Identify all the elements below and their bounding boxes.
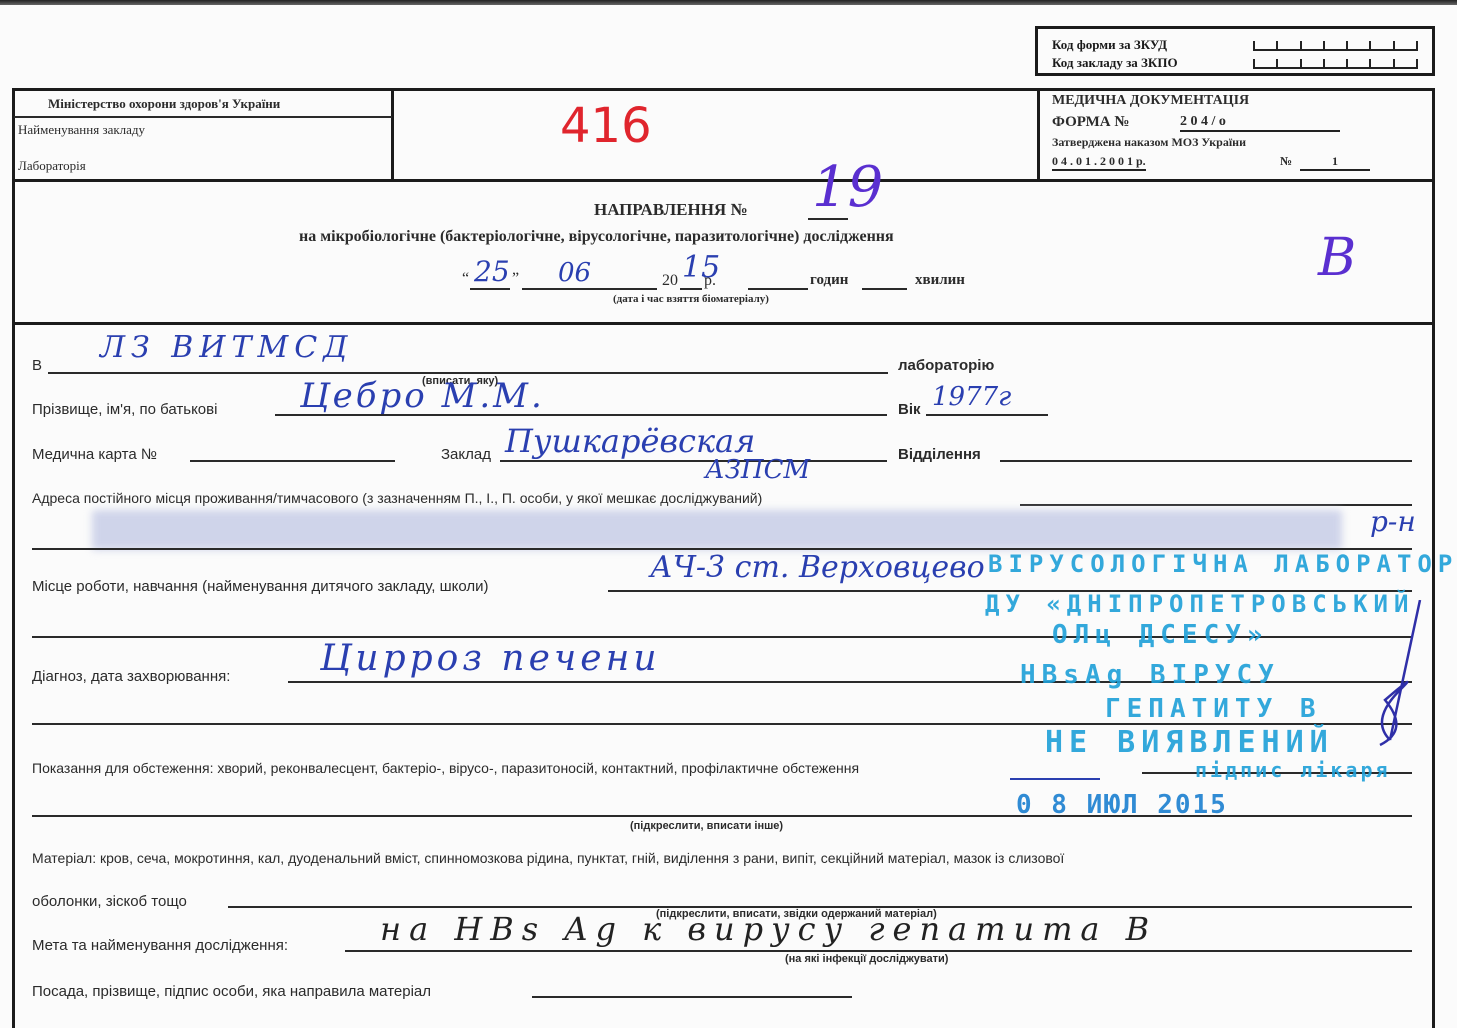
- age-field-line[interactable]: [926, 414, 1048, 416]
- order-number-value: 1: [1300, 154, 1370, 171]
- date-caption: (дата і час взяття біоматеріалу): [613, 293, 769, 305]
- date-close-quote: ”: [512, 270, 519, 288]
- ministry-underline: [14, 116, 392, 118]
- facility-label: Заклад: [441, 446, 491, 463]
- form-number-value: 2 0 4 / о: [1180, 114, 1340, 132]
- work-label: Місце роботи, навчання (найменування дит…: [32, 578, 488, 595]
- form-code-label: Код форми за ЗКУД: [1052, 37, 1167, 53]
- approved-label: Затверджена наказом МОЗ України: [1052, 135, 1246, 150]
- scan-top-edge: [0, 0, 1457, 5]
- red-registration-number: 416: [560, 98, 652, 154]
- institution-name-label: Найменування закладу: [18, 122, 145, 138]
- indications-label: Показання для обстеження: хворий, реконв…: [32, 760, 859, 776]
- approved-date: 0 4 . 0 1 . 2 0 0 1 р.: [1052, 154, 1146, 171]
- form-code-field[interactable]: [1253, 39, 1418, 51]
- age-label: Вік: [898, 401, 921, 418]
- stamp-date: 0 8 ИЮЛ 2015: [1016, 790, 1228, 820]
- date-open-quote: “: [462, 270, 469, 288]
- to-field-line[interactable]: [48, 372, 888, 374]
- header-divider-right: [1037, 88, 1040, 182]
- indications-caption: (підкреслити, вписати інше): [630, 820, 783, 832]
- card-field-line[interactable]: [190, 460, 395, 462]
- referral-number: 19: [812, 155, 883, 220]
- purpose-field-line[interactable]: [345, 950, 1412, 952]
- date-year-line: [680, 288, 702, 290]
- date-year-label: р.: [704, 272, 716, 290]
- medical-doc-title: МЕДИЧНА ДОКУМЕНТАЦІЯ: [1052, 93, 1249, 109]
- date-day: 25: [474, 255, 510, 288]
- order-number-label: №: [1280, 154, 1292, 169]
- material-label: Матеріал: кров, сеча, мокротиння, кал, д…: [32, 850, 1064, 866]
- date-day-line: [470, 288, 510, 290]
- institution-code-label: Код закладу за ЗКПО: [1052, 55, 1178, 71]
- body-right-border: [1432, 322, 1435, 1028]
- to-value: ЛЗ ВИТМСД: [100, 330, 354, 365]
- department-field-line[interactable]: [1000, 460, 1412, 462]
- institution-code-field[interactable]: [1253, 57, 1418, 69]
- to-suffix: лабораторію: [898, 357, 994, 374]
- referral-subtitle: на мікробіологічне (бактеріологічне, вір…: [299, 228, 894, 246]
- purpose-caption: (на які інфекції досліджувати): [785, 953, 948, 965]
- stamp-line-4: НВsАg ВІРУСУ: [1020, 660, 1280, 690]
- referral-heading: НАПРАВЛЕННЯ №: [594, 200, 748, 220]
- indications-underline-mark: [1010, 778, 1100, 780]
- age-value: 1977г: [932, 382, 1011, 412]
- address-label: Адреса постійного місця проживання/тимча…: [32, 490, 762, 506]
- diagnosis-value: Цирроз печени: [320, 638, 661, 679]
- stamp-line-6: НЕ ВИЯВЛЕНИЙ: [1045, 725, 1334, 760]
- name-value: Цебро М.М.: [300, 376, 545, 416]
- address-tail: р-н: [1370, 505, 1416, 538]
- to-label: В: [32, 357, 42, 374]
- hours-line: [748, 288, 808, 290]
- corner-mark: В: [1318, 228, 1356, 288]
- stamp-line-3: ОЛц ДСЕСУ»: [1052, 620, 1269, 650]
- name-label: Прізвище, ім'я, по батькові: [32, 401, 217, 418]
- date-month: 06: [558, 258, 591, 288]
- date-year-prefix: 20: [662, 272, 678, 290]
- doctor-signature: [1350, 600, 1430, 750]
- hours-label: годин: [810, 272, 848, 289]
- material-label-2: оболонки, зіскоб тощо: [32, 893, 187, 910]
- minutes-label: хвилин: [915, 272, 965, 289]
- code-box: Код форми за ЗКУД Код закладу за ЗКПО: [1035, 26, 1435, 76]
- ministry-label: Міністерство охорони здоров'я України: [48, 96, 280, 112]
- minutes-line: [862, 288, 907, 290]
- stamp-line-5: ГЕПАТИТУ В: [1105, 694, 1322, 724]
- diagnosis-label: Діагноз, дата захворювання:: [32, 668, 230, 685]
- stamp-line-1: ВІРУСОЛОГІЧНА ЛАБОРАТОРІЯ: [988, 550, 1457, 578]
- work-value: АЧ-3 ст. Верховцево: [650, 550, 985, 585]
- department-label: Відділення: [898, 446, 981, 463]
- purpose-value: на НВs Ag к вирусу гепатита В: [380, 910, 1157, 948]
- card-label: Медична карта №: [32, 446, 157, 463]
- form-number-label: ФОРМА №: [1052, 114, 1129, 131]
- laboratory-label: Лабораторія: [18, 158, 86, 174]
- sender-field-line[interactable]: [532, 996, 852, 998]
- facility-value-2: АЗПСМ: [705, 455, 810, 485]
- facility-field-line[interactable]: [500, 460, 887, 462]
- address-field-line-1[interactable]: [1020, 504, 1412, 506]
- sender-label: Посада, прізвище, підпис особи, яка напр…: [32, 983, 431, 1000]
- purpose-label: Мета та найменування дослідження:: [32, 937, 288, 954]
- body-left-border: [12, 322, 15, 1028]
- stamp-line-7: підпис лікаря: [1195, 758, 1391, 782]
- header-divider-left: [391, 88, 394, 182]
- address-redacted: [92, 510, 1342, 550]
- date-month-line: [522, 288, 657, 290]
